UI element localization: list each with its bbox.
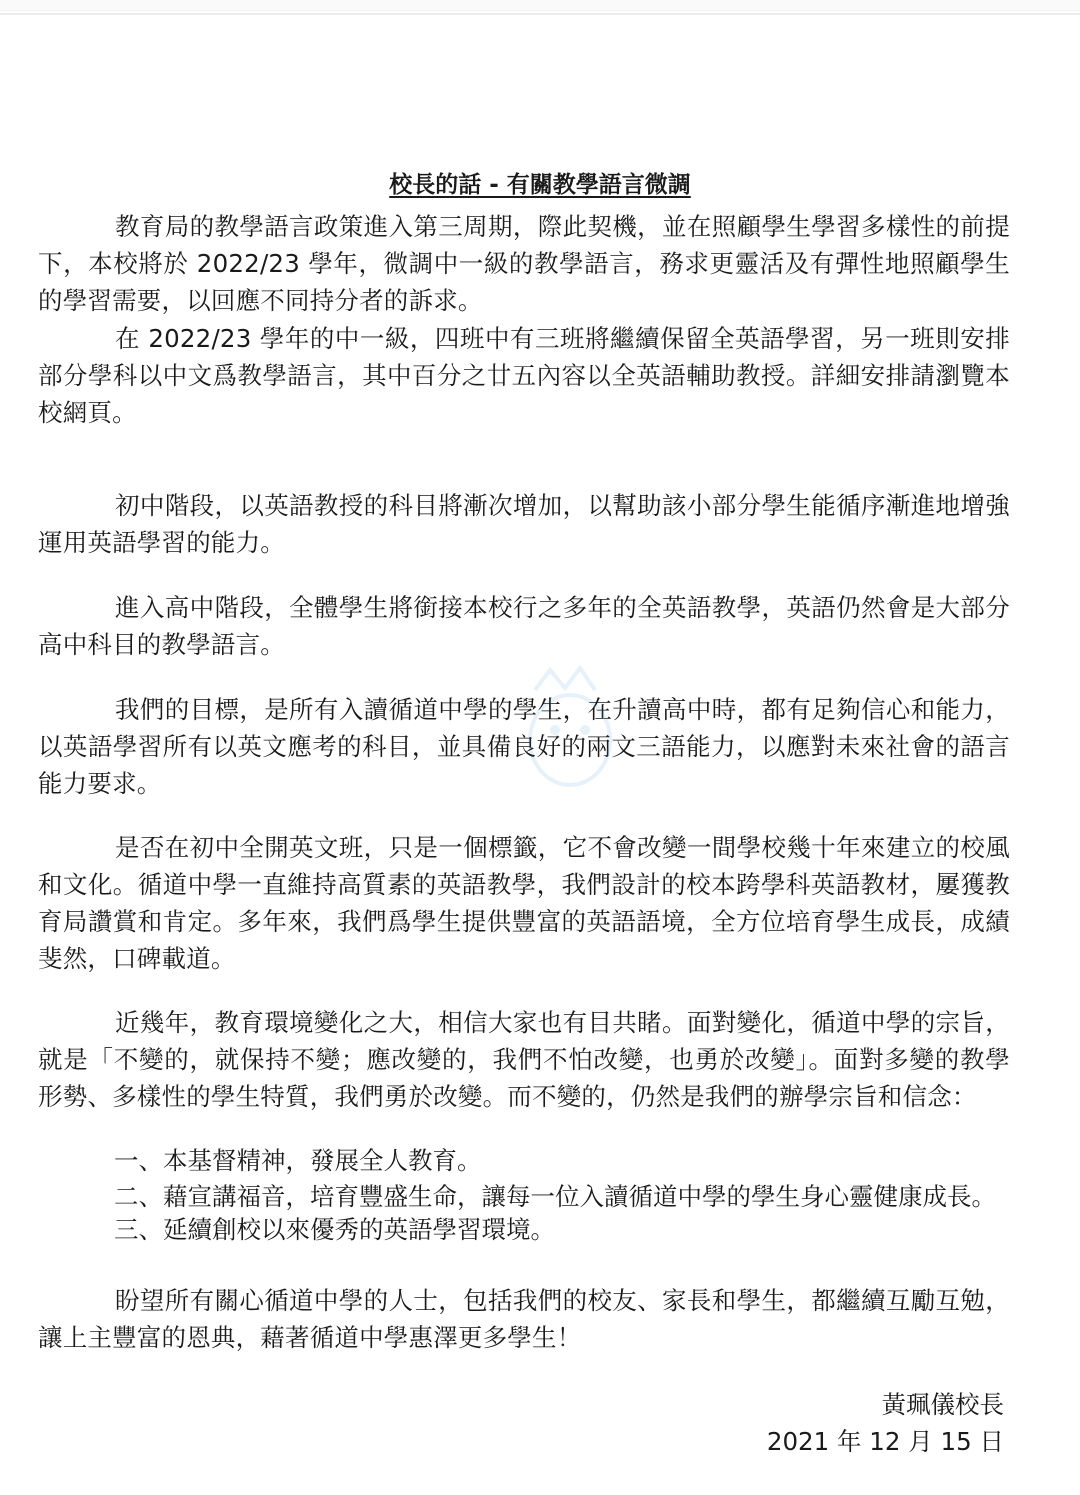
belief-item-3: 三、延續創校以來優秀的英語學習環境。 [114,1211,555,1248]
document-title: 校長的話 - 有關教學語言微調 [0,166,1080,199]
paragraph-1: 教育局的教學語言政策進入第三周期，際此契機，並在照顧學生學習多樣性的前提下，本校… [38,208,1010,319]
paragraph-3: 初中階段，以英語教授的科目將漸次增加，以幫助該小部分學生能循序漸進地增強運用英語… [38,487,1010,561]
top-bar [0,0,1080,11]
signature: 黃珮儀校長 [882,1386,1005,1421]
belief-item-1: 一、本基督精神，發展全人教育。 [114,1142,482,1179]
paragraph-6: 是否在初中全開英文班，只是一個標籤，它不會改變一間學校幾十年來建立的校風和文化。… [38,829,1010,977]
divider [0,13,1080,15]
date: 2021 年 12 月 15 日 [767,1423,1004,1458]
paragraph-5: 我們的目標，是所有入讀循道中學的學生，在升讀高中時，都有足夠信心和能力，以英語學… [38,691,1010,802]
paragraph-7: 近幾年，教育環境變化之大，相信大家也有目共睹。面對變化，循道中學的宗旨，就是「不… [38,1004,1010,1115]
belief-item-2: 二、藉宣講福音，培育豐盛生命，讓每一位入讀循道中學的學生身心靈健康成長。 [114,1178,996,1215]
closing-paragraph: 盼望所有關心循道中學的人士，包括我們的校友、家長和學生，都繼續互勵互勉，讓上主豐… [38,1282,1010,1356]
paragraph-4: 進入高中階段，全體學生將銜接本校行之多年的全英語教學，英語仍然會是大部分高中科目… [38,589,1010,663]
paragraph-2: 在 2022/23 學年的中一級，四班中有三班將繼續保留全英語學習，另一班則安排… [38,320,1010,431]
